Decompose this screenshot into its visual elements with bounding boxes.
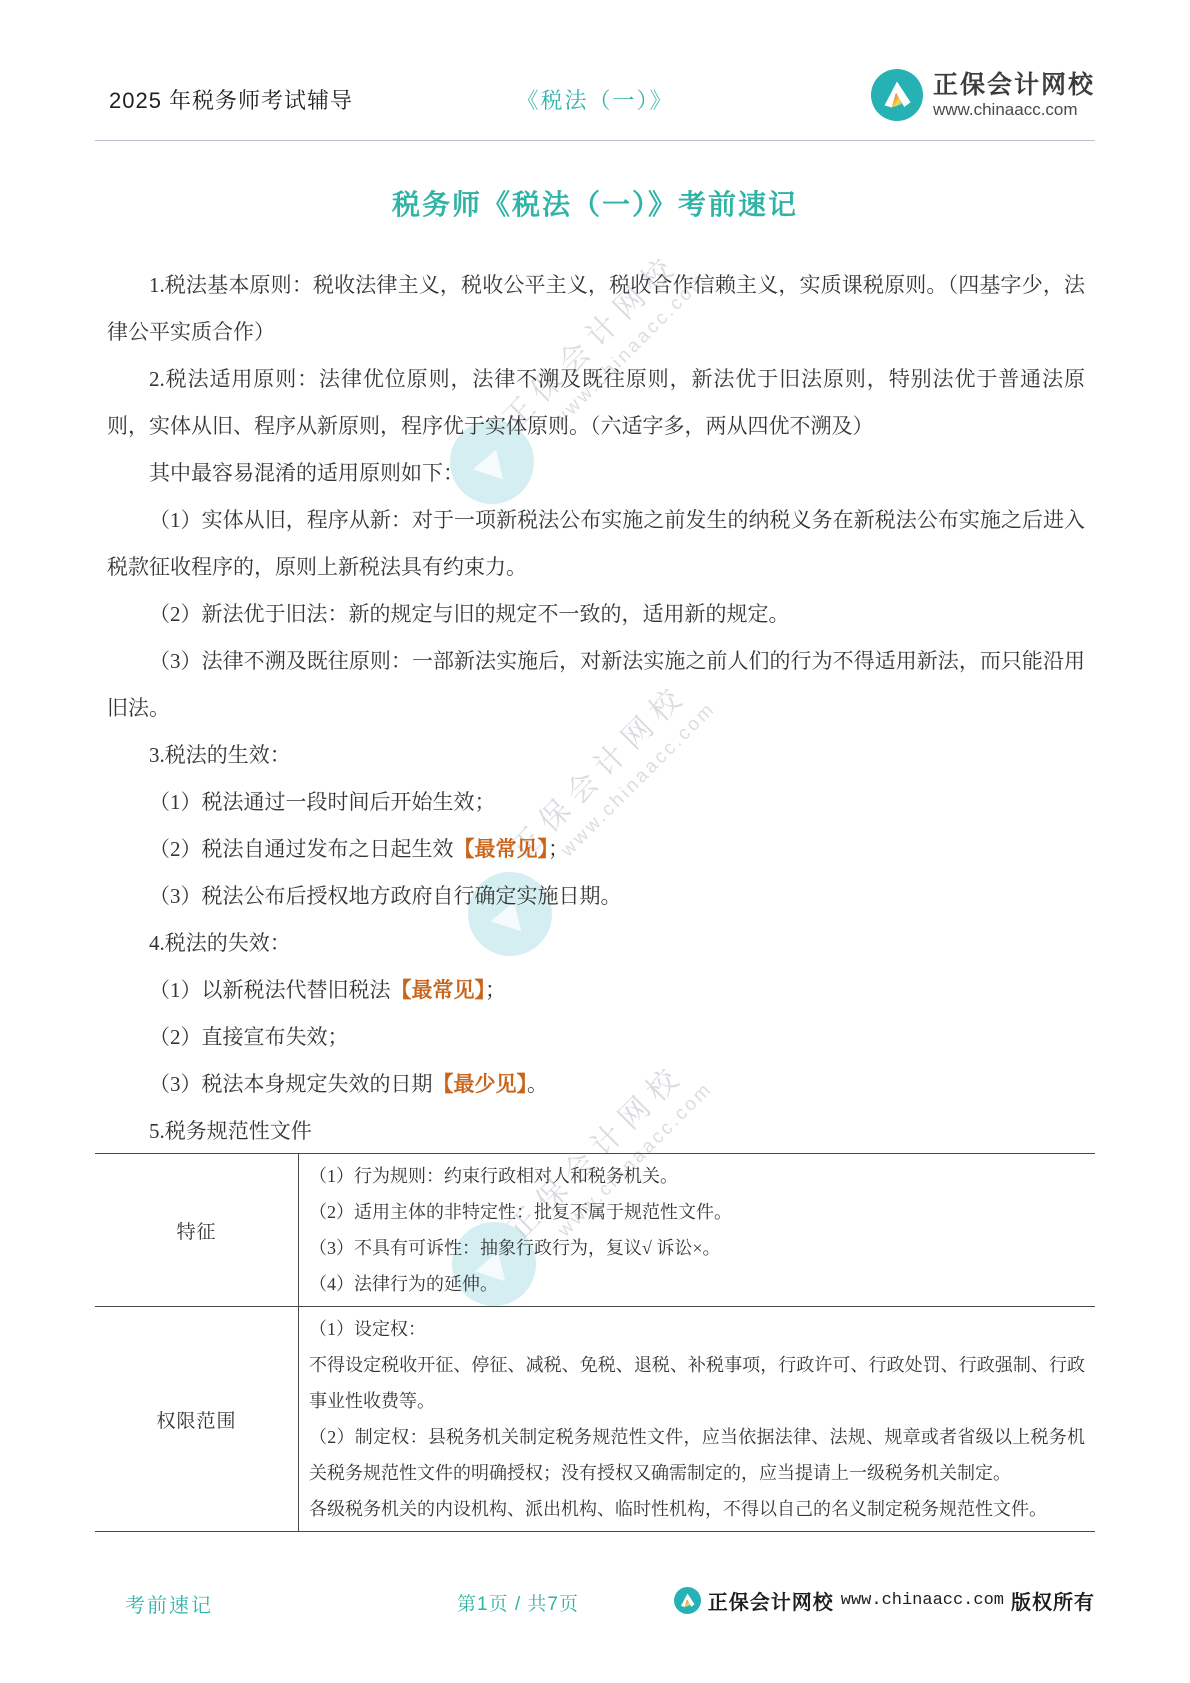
footer-chinaacc-logo-icon (674, 1587, 701, 1614)
header-subject-label: 《税法（一）》 (516, 84, 673, 115)
table-row-content: （1）设定权：不得设定税收开征、停征、减税、免税、退税、补税事项，行政许可、行政… (299, 1307, 1095, 1531)
highlight-tag: 【最常见】 (454, 837, 549, 861)
footer-brand: 正保会计网校 (708, 1586, 834, 1615)
table-line: 各级税务机关的内设机构、派出机构、临时性机构，不得以自己的名义制定税务规范性文件… (309, 1491, 1085, 1527)
paragraph-text: ； (548, 837, 569, 861)
paragraph: （3）法律不溯及既往原则：一部新法实施后，对新法实施之前人们的行为不得适用新法，… (107, 638, 1085, 732)
footer-copyright: 版权所有 (1011, 1586, 1095, 1615)
table-line: （2）制定权：县税务机关制定税务规范性文件，应当依据法律、法规、规章或者省级以上… (309, 1419, 1085, 1491)
table-line: （3）不具有可诉性：抽象行政行为，复议√ 诉讼×。 (309, 1230, 1085, 1266)
rules-table: 特征（1）行为规则：约束行政相对人和税务机关。（2）适用主体的非特定性：批复不属… (95, 1153, 1095, 1532)
page-header: 2025 年税务师考试辅导 《税法（一）》 正保会计网校 (95, 58, 1095, 141)
highlight-tag: 【最常见】 (391, 978, 486, 1002)
paragraph-text: ； (485, 978, 506, 1002)
header-logo-url: www.chinaacc.com (933, 100, 1095, 120)
paragraph-text: （3）税法公布后授权地方政府自行确定实施日期。 (149, 884, 622, 908)
body-paragraphs: 1.税法基本原则：税收法律主义，税收公平主义，税收合作信赖主义，实质课税原则。（… (107, 262, 1085, 1155)
paragraph: （3）税法公布后授权地方政府自行确定实施日期。 (107, 873, 1085, 920)
paragraph: （1）实体从旧，程序从新：对于一项新税法公布实施之前发生的纳税义务在新税法公布实… (107, 497, 1085, 591)
paragraph-text: （2）直接宣布失效； (149, 1025, 349, 1049)
paragraph: 3.税法的生效： (107, 732, 1085, 779)
footer-url: www.chinaacc.com (841, 1591, 1004, 1610)
header-logo: 正保会计网校 www.chinaacc.com (871, 69, 1095, 129)
footer-copyright-block: 正保会计网校 www.chinaacc.com 版权所有 (674, 1586, 1095, 1615)
chinaacc-logo-icon (871, 69, 923, 121)
table-row-label: 特征 (95, 1154, 299, 1306)
page-title: 税务师《税法（一）》考前速记 (0, 183, 1190, 223)
paragraph-text: （3）税法本身规定失效的日期 (149, 1072, 433, 1096)
paragraph: 2.税法适用原则：法律优位原则，法律不溯及既往原则，新法优于旧法原则，特别法优于… (107, 356, 1085, 450)
table-line: （4）法律行为的延伸。 (309, 1266, 1085, 1302)
paragraph-text: （1）以新税法代替旧税法 (149, 978, 391, 1002)
paragraph-text: 4.税法的失效： (149, 931, 291, 955)
paragraph: 1.税法基本原则：税收法律主义，税收公平主义，税收合作信赖主义，实质课税原则。（… (107, 262, 1085, 356)
paragraph-text: （1）税法通过一段时间后开始生效； (149, 790, 496, 814)
paragraph-text: 1.税法基本原则：税收法律主义，税收公平主义，税收合作信赖主义，实质课税原则。（… (107, 273, 1085, 344)
paragraph-text: （1）实体从旧，程序从新：对于一项新税法公布实施之前发生的纳税义务在新税法公布实… (107, 508, 1085, 579)
paragraph: （2）直接宣布失效； (107, 1014, 1085, 1061)
paragraph-text: 。 (527, 1072, 548, 1096)
paragraph: （1）税法通过一段时间后开始生效； (107, 779, 1085, 826)
paragraph-text: （3）法律不溯及既往原则：一部新法实施后，对新法实施之前人们的行为不得适用新法，… (107, 649, 1085, 720)
table-row-label: 权限范围 (95, 1307, 299, 1531)
paragraph-text: 5.税务规范性文件 (149, 1119, 312, 1143)
page-footer: 考前速记 第1页 / 共7页 正保会计网校 www.chinaacc.com (95, 1586, 1095, 1618)
highlight-tag: 【最少见】 (433, 1072, 528, 1096)
paragraph-text: 2.税法适用原则：法律优位原则，法律不溯及既往原则，新法优于旧法原则，特别法优于… (107, 367, 1085, 438)
document-page: 正保会计网校 www.chinaacc.com 正保会计网校 www.china… (0, 0, 1190, 1683)
footer-section-label: 考前速记 (125, 1589, 213, 1618)
header-course-label: 2025 年税务师考试辅导 (95, 84, 353, 115)
header-logo-brand: 正保会计网校 (933, 71, 1095, 100)
header-logo-text: 正保会计网校 www.chinaacc.com (933, 71, 1095, 119)
paragraph-text: （2）新法优于旧法：新的规定与旧的规定不一致的，适用新的规定。 (149, 602, 790, 626)
paragraph: 4.税法的失效： (107, 920, 1085, 967)
paragraph: 其中最容易混淆的适用原则如下： (107, 450, 1085, 497)
paragraph: （2）税法自通过发布之日起生效【最常见】； (107, 826, 1085, 873)
table-row: 权限范围（1）设定权：不得设定税收开征、停征、减税、免税、退税、补税事项，行政许… (95, 1306, 1095, 1531)
paragraph-text: 3.税法的生效： (149, 743, 291, 767)
table-line: （2）适用主体的非特定性：批复不属于规范性文件。 (309, 1194, 1085, 1230)
table-line: （1）行为规则：约束行政相对人和税务机关。 (309, 1158, 1085, 1194)
table-row-content: （1）行为规则：约束行政相对人和税务机关。（2）适用主体的非特定性：批复不属于规… (299, 1154, 1095, 1306)
footer-page-number: 第1页 / 共7页 (457, 1589, 579, 1616)
paragraph-text: （2）税法自通过发布之日起生效 (149, 837, 454, 861)
table-line: 不得设定税收开征、停征、减税、免税、退税、补税事项，行政许可、行政处罚、行政强制… (309, 1347, 1085, 1419)
paragraph: （1）以新税法代替旧税法【最常见】； (107, 967, 1085, 1014)
paragraph: （2）新法优于旧法：新的规定与旧的规定不一致的，适用新的规定。 (107, 591, 1085, 638)
table-row: 特征（1）行为规则：约束行政相对人和税务机关。（2）适用主体的非特定性：批复不属… (95, 1154, 1095, 1306)
paragraph: （3）税法本身规定失效的日期【最少见】。 (107, 1061, 1085, 1108)
table-line: （1）设定权： (309, 1311, 1085, 1347)
paragraph-text: 其中最容易混淆的适用原则如下： (149, 461, 464, 485)
paragraph: 5.税务规范性文件 (107, 1108, 1085, 1155)
